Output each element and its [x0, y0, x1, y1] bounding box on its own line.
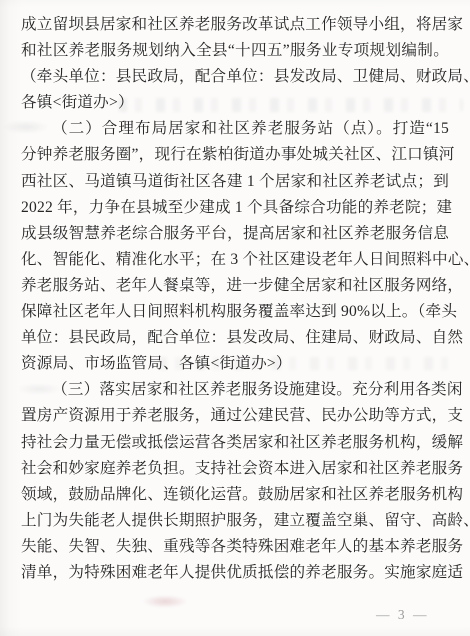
text-line: 养老服务站、老年人餐桌等，进一步健全居家和社区服务网络， — [21, 273, 449, 299]
text-line: 成立留坝县居家和社区养老服务改革试点工作领导小组，将居家 — [21, 12, 449, 38]
text-line: 上门为失能老人提供长期照护服务，建立覆盖空巢、留守、高龄、 — [21, 508, 449, 534]
document-page: 成立留坝县居家和社区养老服务改革试点工作领导小组，将居家 和社区养老服务规划纳入… — [0, 0, 470, 636]
scan-artifact — [142, 595, 188, 608]
text-line: 和社区养老服务规划纳入全县“十四五”服务业专项规划编制。 — [21, 38, 449, 64]
text-line: （牵头单位：县民政局，配合单位：县发改局、卫健局、财政局、 — [21, 64, 449, 90]
text-line: （三）落实居家和社区养老服务设施建设。充分利用各类闲 — [21, 377, 449, 403]
text-line: 社会和妙家庭养老负担。支持社会资本进入居家和社区养老服务 — [21, 456, 449, 482]
text-line: 化、智能化、精准化水平；在 3 个社区建设老年人日间照料中心、 — [21, 247, 449, 273]
text-line: 成县级智慧养老综合服务平台，提高居家和社区养老服务信息 — [21, 221, 449, 247]
text-line: 保障社区老年人日间照料机构服务覆盖率达到 90%以上。（牵头 — [21, 299, 449, 325]
text-line: 清单，为特殊困难老年人提供优质抵偿的养老服务。实施家庭适 — [21, 560, 449, 586]
page-number: — 3 — — [376, 607, 429, 623]
text-line: 西社区、马道镇马道街社区各建 1 个居家和社区养老试点；到 — [21, 169, 449, 195]
text-line: 各镇<街道办>） — [21, 90, 449, 116]
text-line: 2022 年，力争在县城至少建成 1 个具备综合功能的养老院；建 — [21, 195, 449, 221]
text-line: 失能、失智、失独、重残等各类特殊困难老年人的基本养老服务 — [21, 534, 449, 560]
document-body: 成立留坝县居家和社区养老服务改革试点工作领导小组，将居家 和社区养老服务规划纳入… — [21, 12, 449, 586]
text-line: 置房产资源用于养老服务，通过公建民营、民办公助等方式，支 — [21, 403, 449, 429]
text-line: 持社会力量无偿或抵偿运营各类居家和社区养老服务机构，缓解 — [21, 430, 449, 456]
text-line: 单位：县民政局，配合单位：县发改局、住建局、财政局、自然 — [21, 325, 449, 351]
text-line: （二）合理布局居家和社区养老服务站（点）。打造“15 — [21, 116, 449, 142]
text-line: 领域，鼓励品牌化、连锁化运营。鼓励居家和社区养老服务机构 — [21, 482, 449, 508]
text-line: 资源局、市场监管局、各镇<街道办>） — [21, 351, 449, 377]
text-line: 分钟养老服务圈”，现行在紫柏街道办事处城关社区、江口镇河 — [21, 142, 449, 168]
